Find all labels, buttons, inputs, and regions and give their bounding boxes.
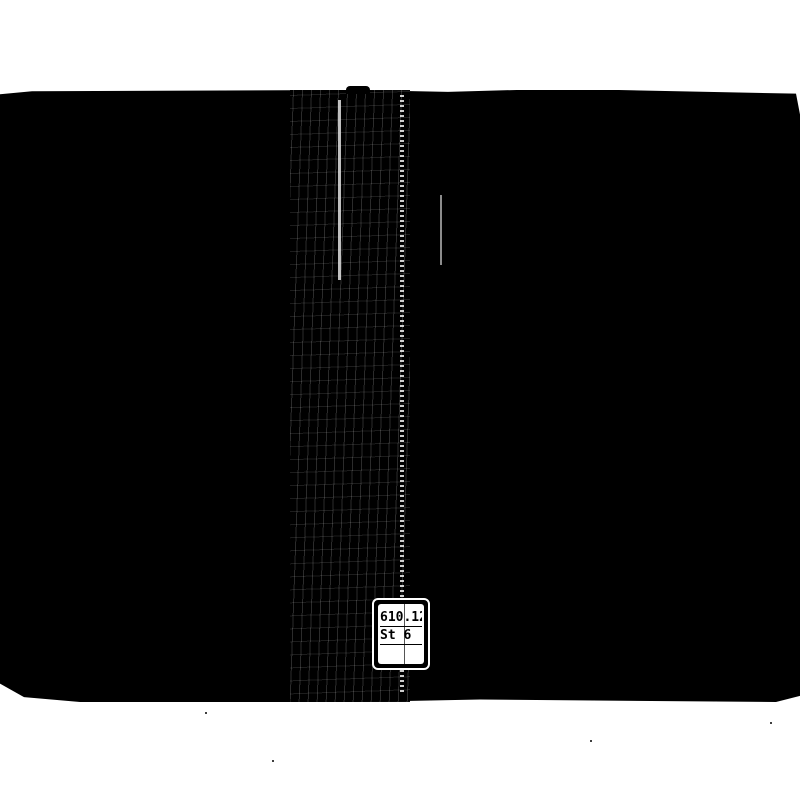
board-scratch bbox=[440, 195, 442, 265]
dust-speck bbox=[205, 712, 207, 714]
spine-top-tear bbox=[346, 86, 370, 94]
call-number-line-1: 610.12 bbox=[380, 610, 422, 627]
dust-speck bbox=[770, 722, 772, 724]
call-number-line-3 bbox=[380, 646, 422, 662]
label-paper: 610.12 St 6 bbox=[378, 604, 424, 664]
dust-speck bbox=[272, 760, 274, 762]
spine-crease bbox=[338, 100, 341, 280]
call-number-line-2: St 6 bbox=[380, 628, 422, 645]
library-spine-label: 610.12 St 6 bbox=[372, 598, 430, 670]
dust-speck bbox=[590, 740, 592, 742]
